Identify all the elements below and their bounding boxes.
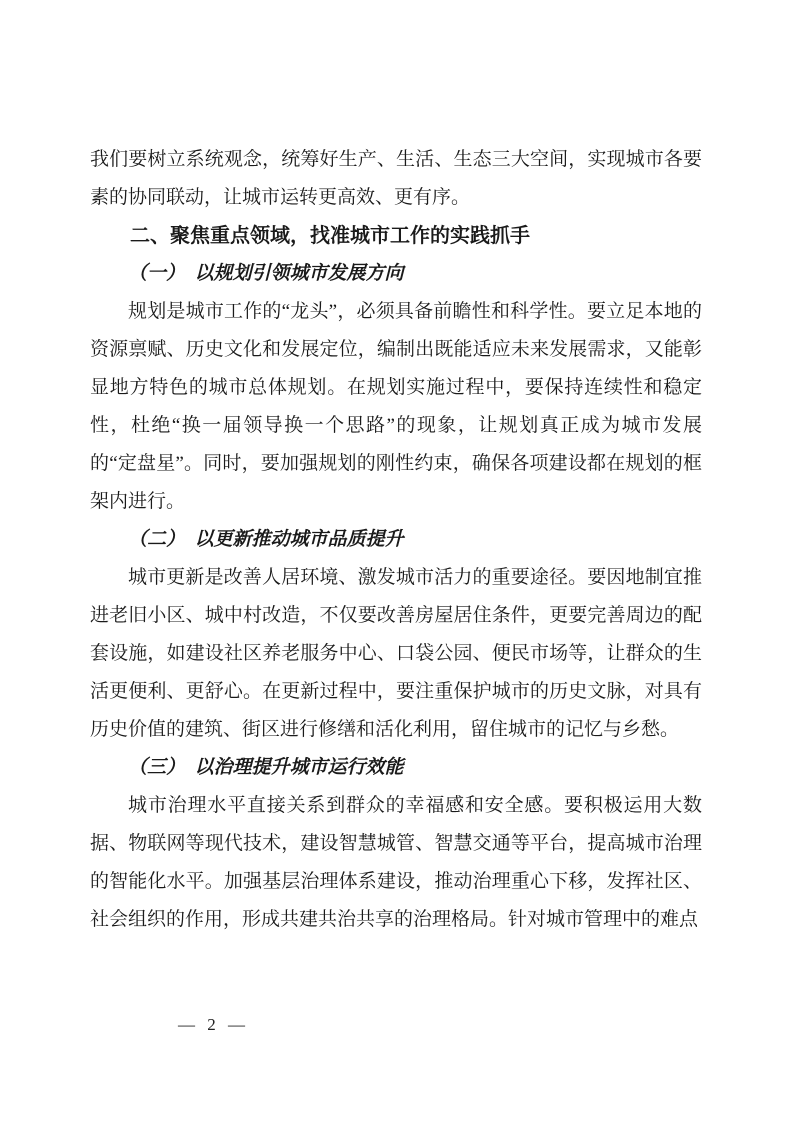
subsection-heading-2: （二） 以更新推动城市品质提升 — [90, 521, 702, 559]
body-paragraph-planning: 规划是城市工作的“龙头”，必须具备前瞻性和科学性。要立足本地的资源禀赋、历史文化… — [90, 293, 702, 521]
document-body: 我们要树立系统观念，统筹好生产、生活、生态三大空间，实现城市各要素的协同联动，让… — [90, 141, 702, 939]
document-page: 我们要树立系统观念，统筹好生产、生活、生态三大空间，实现城市各要素的协同联动，让… — [0, 0, 794, 1122]
body-paragraph-governance: 城市治理水平直接关系到群众的幸福感和安全感。要积极运用大数据、物联网等现代技术，… — [90, 787, 702, 939]
section-heading-2: 二、聚焦重点领域，找准城市工作的实践抓手 — [90, 217, 702, 255]
body-paragraph-renewal: 城市更新是改善人居环境、激发城市活力的重要途径。要因地制宜推进老旧小区、城中村改… — [90, 559, 702, 749]
subsection-heading-3: （三） 以治理提升城市运行效能 — [90, 749, 702, 787]
subsection-heading-1: （一） 以规划引领城市发展方向 — [90, 255, 702, 293]
paragraph-continuation: 我们要树立系统观念，统筹好生产、生活、生态三大空间，实现城市各要素的协同联动，让… — [90, 141, 702, 217]
page-number: — 2 — — [178, 1008, 249, 1042]
